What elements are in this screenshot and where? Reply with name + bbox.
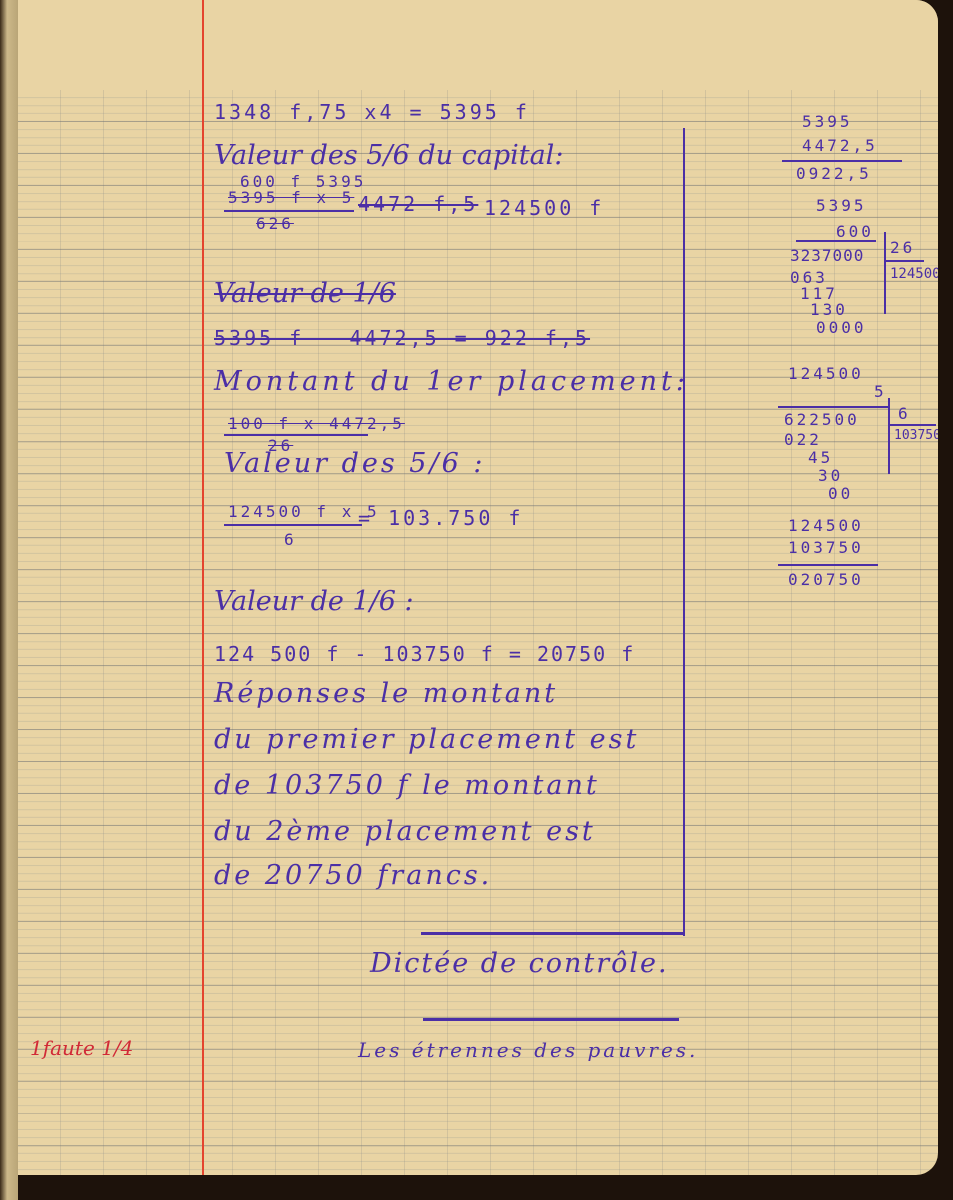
calc-rule (796, 240, 876, 242)
calc-rule (778, 564, 878, 566)
div1-quotient: 124500 (890, 266, 938, 282)
five-sixths-result: = 103.750 f (358, 506, 523, 530)
one-sixth-calc: 124 500 f - 103750 f = 20750 f (214, 642, 635, 666)
div2-quotient: 103750 (894, 428, 938, 443)
capital-struck-result: 4472 f,5 (358, 192, 478, 216)
heading-one-sixth: Valeur de 1/6 : (214, 586, 414, 617)
notebook-page: 1348 f,75 x4 = 5395 f Valeur des 5/6 du … (18, 0, 938, 1175)
first-placement-numerator: 100 f x 4472,5 (228, 414, 405, 433)
sub2-line: 124500 (788, 516, 864, 535)
fraction-bar (224, 434, 368, 436)
div2-divisor: 6 (898, 404, 911, 423)
div1-step: 0000 (816, 318, 867, 337)
calc-rule (778, 406, 888, 408)
dictation-subtitle: Les étrennes des pauvres. (358, 1038, 698, 1062)
answer-line: du 2ème placement est (214, 816, 596, 847)
answer-line: du premier placement est (214, 724, 639, 755)
capital-numerator: 5395 f x 5 (228, 188, 354, 207)
five-sixths-denominator: 6 (284, 530, 297, 549)
div2-step: 022 (784, 430, 822, 449)
five-sixths-numerator: 124500 f x 5 (228, 502, 380, 521)
heading-capital: Valeur des 5/6 du capital: (214, 140, 563, 171)
sub1-line: 5395 (802, 112, 853, 131)
div1-dividend: 3237000 (790, 246, 864, 265)
answer-line: de 103750 f le montant (214, 770, 600, 801)
capital-denominator: 626 (256, 214, 294, 233)
subtraction-struck: 5395 f - 4472,5 = 922 f,5 (214, 326, 590, 350)
division-bar (884, 232, 886, 314)
calc-rule (782, 160, 902, 162)
heading-five-sixths: Valeur des 5/6 : (224, 448, 485, 479)
dictation-title: Dictée de contrôle. (370, 948, 669, 979)
div2-step: 00 (828, 484, 853, 503)
division-bar (888, 398, 890, 474)
div1-step: 130 (810, 300, 848, 319)
sub2-result: 020750 (788, 570, 864, 589)
page-header-blank (18, 0, 938, 90)
div2-dividend: 622500 (784, 410, 860, 429)
correction-note: 1faute 1/4 (30, 1036, 133, 1060)
calc-rule (888, 424, 936, 426)
fraction-bar (224, 210, 354, 212)
mult2-line: 124500 (788, 364, 864, 383)
answer-line: Réponses le montant (214, 678, 558, 709)
mult2-line: 5 (874, 382, 887, 401)
fraction-bar (224, 524, 362, 526)
calc-rule (884, 260, 924, 262)
heading-one-sixth-struck: Valeur de 1/6 (214, 278, 396, 309)
answer-line: de 20750 francs. (214, 860, 492, 891)
heading-first-placement: Montant du 1er placement: (214, 366, 689, 397)
notebook-binding (0, 0, 18, 1200)
sub1-result: 0922,5 (796, 164, 872, 183)
sub2-line: 103750 (788, 538, 864, 557)
div2-step: 30 (818, 466, 843, 485)
mult1-line: 600 (836, 222, 874, 241)
answer-box-right-border (683, 128, 685, 936)
calc-line-1: 1348 f,75 x4 = 5395 f (214, 100, 530, 124)
red-margin-line (202, 0, 204, 1175)
div1-divisor: 26 (890, 238, 915, 257)
div2-step: 45 (808, 448, 833, 467)
sub1-line: 4472,5 (802, 136, 878, 155)
capital-result: 124500 f (484, 196, 604, 220)
answer-box-bottom-border (421, 932, 685, 935)
dictation-underline (423, 1018, 679, 1021)
mult1-line: 5395 (816, 196, 867, 215)
